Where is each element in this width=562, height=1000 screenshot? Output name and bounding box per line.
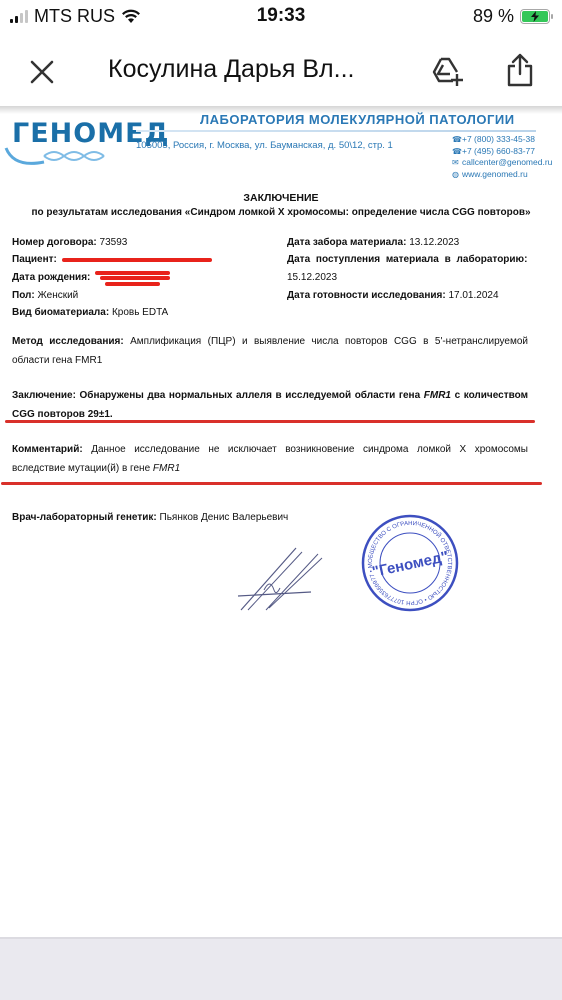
close-icon[interactable] (28, 58, 56, 86)
viewer-header: Косулина Дарья Вл... (0, 38, 562, 108)
document-title: Косулина Дарья Вл... (108, 55, 354, 84)
contact-phone-2: ☎+7 (495) 660-83-77 (452, 146, 552, 158)
field-sex: Пол: Женский (12, 290, 78, 301)
lab-address: 105005, Россия, г. Москва, ул. Бауманска… (136, 140, 393, 151)
redaction-mark (62, 258, 212, 262)
redaction-mark (100, 276, 170, 280)
letterhead-divider (136, 130, 536, 132)
comment-section: Комментарий: Данное исследование не искл… (12, 440, 528, 478)
page-shadow (0, 106, 562, 114)
field-received-date-label: Дата поступления материала в лабораторию… (287, 254, 527, 265)
document-page[interactable]: ГЕНОМЕД ЛАБОРАТОРИЯ МОЛЕКУЛЯРНОЙ ПАТОЛОГ… (0, 108, 562, 937)
field-ready-date: Дата готовности исследования: 17.01.2024 (287, 290, 499, 301)
battery-charging-icon (520, 9, 550, 24)
field-patient: Пациент: (12, 254, 57, 265)
document-heading: ЗАКЛЮЧЕНИЕ (0, 192, 562, 204)
genomed-logo: ГЕНОМЕД (4, 114, 114, 170)
annotation-underline (5, 420, 535, 423)
bottom-toolbar (0, 937, 562, 1000)
redaction-mark (95, 271, 170, 275)
document-subheading: по результатам исследования «Синдром лом… (0, 207, 562, 218)
svg-text:"Геномед": "Геномед" (371, 548, 450, 581)
contact-email: ✉callcenter@genomed.ru (452, 157, 552, 169)
doctor-field: Врач-лабораторный генетик: Пьянков Денис… (12, 512, 288, 523)
field-contract-number: Номер договора: 73593 (12, 237, 127, 248)
lab-name: ЛАБОРАТОРИЯ МОЛЕКУЛЯРНОЙ ПАТОЛОГИИ (200, 112, 515, 127)
contact-website: ◍www.genomed.ru (452, 169, 552, 181)
email-icon: ✉ (452, 158, 462, 169)
field-birth-date: Дата рождения: (12, 272, 90, 283)
contact-phone-1: ☎+7 (800) 333-45-38 (452, 134, 552, 146)
phone-icon: ☎ (452, 147, 462, 158)
status-right: 89 % (473, 6, 550, 27)
battery-percent: 89 % (473, 6, 514, 27)
share-icon[interactable] (505, 52, 535, 88)
add-to-drive-icon[interactable] (430, 54, 464, 88)
phone-icon: ☎ (452, 135, 462, 146)
conclusion-section: Заключение: Обнаружены два нормальных ал… (12, 386, 528, 424)
field-biomaterial: Вид биоматериала: Кровь EDTA (12, 307, 168, 318)
field-collection-date: Дата забора материала: 13.12.2023 (287, 237, 459, 248)
field-received-date-value: 15.12.2023 (287, 272, 337, 283)
method-section: Метод исследования: Амплификация (ПЦР) и… (12, 332, 528, 370)
stamp-image: ОБЩЕСТВО С ОГРАНИЧЕННОЙ ОТВЕТСТВЕННОСТЬЮ… (360, 513, 460, 613)
letterhead: ГЕНОМЕД ЛАБОРАТОРИЯ МОЛЕКУЛЯРНОЙ ПАТОЛОГ… (0, 108, 562, 183)
status-bar: MTS RUS 19:33 89 % (0, 0, 562, 34)
annotation-underline (1, 482, 542, 485)
globe-icon: ◍ (452, 170, 462, 181)
redaction-mark (105, 282, 160, 286)
contacts-block: ☎+7 (800) 333-45-38 ☎+7 (495) 660-83-77 … (452, 134, 552, 180)
signature-image (236, 538, 326, 618)
